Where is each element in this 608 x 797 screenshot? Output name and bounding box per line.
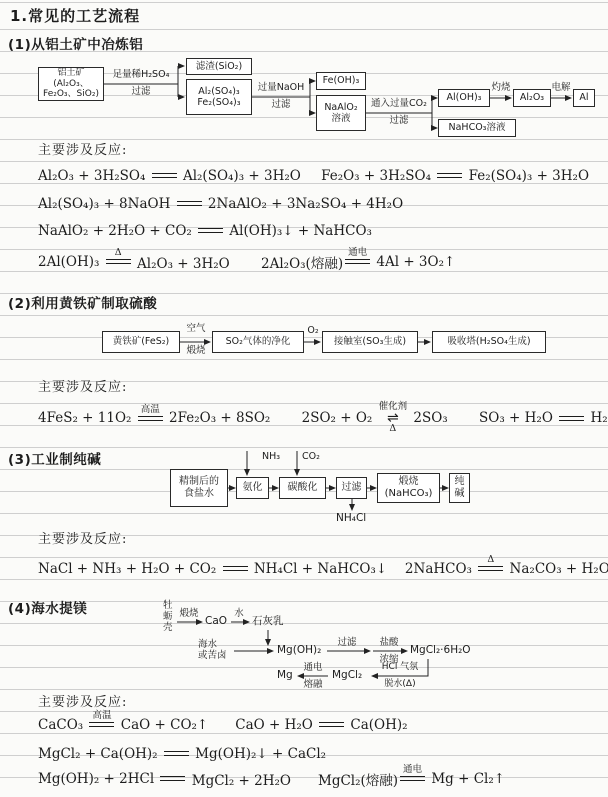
flowchart-magnesium: 牡 蛎 壳 煅烧 CaO 水 石灰乳 海水 或苦卤 Mg(OH)₂ 过滤 盐酸 … [0, 594, 608, 694]
flowchart-soda: NH₃ CO₂ 精制后的 食盐水 氨化 碳酸化 过滤 NH₄Cl 煅烧 (NaH… [0, 443, 608, 528]
equation-line: 4FeS₂ + 11O₂ 高温 2Fe₂O₃ + 8SO₂ 2SO₂ + O₂ … [38, 402, 608, 434]
page-title: 1.常见的工艺流程 [10, 5, 140, 26]
flow-label-o2: O₂ [307, 325, 318, 336]
flow-text-nh4cl: NH₄Cl [336, 512, 366, 524]
flow-box-al2o3: Al₂O₃ [513, 89, 551, 107]
equation-line: NaAlO₂ + 2H₂O + CO₂ Al(OH)₃↓ + NaHCO₃ [38, 217, 372, 244]
flow-label-co2: 通入过量CO₂ [371, 98, 427, 109]
flowchart-aluminum: 铝土矿(Al₂O₃、 Fe₂O₃、SiO₂) 足量稀H₂SO₄ 过滤 滤渣(Si… [0, 55, 608, 147]
flow-label-naoh: 过量NaOH [258, 82, 305, 93]
flow-label-hcl-atmosphere: HCl 气氛 [382, 662, 418, 673]
flow-label-electrolysis: 电解 [551, 82, 570, 93]
flow-label-water: 水 [234, 608, 244, 619]
flow-text-mgoh2: Mg(OH)₂ [277, 644, 321, 656]
flow-label-air: 空气 [186, 323, 205, 334]
reactions-label-2: 主要涉及反应: [38, 376, 127, 395]
flow-label-filter-3: 过滤 [389, 115, 408, 126]
flow-label-filter-1: 过滤 [131, 86, 150, 97]
flow-box-carbonate: 碳酸化 [279, 477, 326, 499]
document-page: 1.常见的工艺流程 (1)从铝土矿中冶炼铝 [0, 0, 608, 797]
flow-label-nh3: NH₃ [262, 451, 280, 462]
flow-box-feoh3: Fe(OH)₃ [316, 72, 366, 90]
flowchart-sulfuric-acid: 黄铁矿(FeS₂) 空气 煅烧 SO₂气体的净化 O₂ 接触室(SO₃生成) 吸… [0, 320, 608, 366]
flow-label-molten: 熔融 [303, 679, 322, 690]
section-1-heading: (1)从铝土矿中冶炼铝 [8, 33, 143, 53]
equation-line: Al₂(SO₄)₃ + 8NaOH 2NaAlO₂ + 3Na₂SO₄ + 4H… [38, 190, 403, 217]
flow-text-lime-milk: 石灰乳 [252, 615, 284, 627]
equation-line: MgCl₂ + Ca(OH)₂ Mg(OH)₂↓ + CaCl₂ [38, 740, 326, 767]
reactions-label-3: 主要涉及反应: [38, 528, 127, 547]
flow-box-filter: 过滤 [336, 477, 367, 499]
reactions-label-1: 主要涉及反应: [38, 139, 127, 158]
flow-label-electrolysis-2: 通电 [303, 662, 322, 673]
reactions-label-4: 主要涉及反应: [38, 691, 127, 710]
flow-label-roast: 灼烧 [491, 82, 510, 93]
flow-box-calcine-nahco3: 煅烧 (NaHCO₃) [377, 473, 440, 503]
equation-line: CaCO₃ 高温 CaO + CO₂↑ CaO + H₂O Ca(OH)₂ [38, 711, 408, 738]
flow-box-residue: 滤渣(SiO₂) [186, 58, 252, 75]
flow-label-calcine-2: 煅烧 [179, 608, 198, 619]
flow-box-so2-purify: SO₂气体的净化 [212, 331, 304, 353]
flow-box-aloh3: Al(OH)₃ [438, 89, 490, 107]
flow-label-filter-4: 过滤 [337, 637, 356, 648]
equation-line: NaCl + NH₃ + H₂O + CO₂ NH₄Cl + NaHCO₃↓ 2… [38, 555, 608, 582]
flow-box-nahco3: NaHCO₃溶液 [438, 119, 516, 137]
flow-label-filter-2: 过滤 [271, 99, 290, 110]
flow-box-bauxite: 铝土矿(Al₂O₃、 Fe₂O₃、SiO₂) [38, 67, 104, 101]
equation-line: 2Al(OH)₃ Δ Al₂O₃ + 3H₂O 2Al₂O₃(熔融)通电 4Al… [38, 248, 455, 275]
equation-line: Mg(OH)₂ + 2HCl MgCl₂ + 2H₂O MgCl₂(熔融)通电 … [38, 765, 505, 792]
flow-label-hcl-acid: 盐酸 [379, 637, 398, 648]
flow-box-ammoniate: 氨化 [236, 477, 269, 499]
flow-text-mg: Mg [277, 669, 293, 681]
flow-box-soda: 纯 碱 [449, 473, 470, 503]
flow-box-pyrite: 黄铁矿(FeS₂) [102, 331, 180, 353]
flow-label-calcine: 煅烧 [186, 345, 205, 356]
flow-box-al: Al [573, 89, 595, 107]
flow-box-contact-room: 接触室(SO₃生成) [322, 331, 418, 353]
flow-text-mgcl2-6h2o: MgCl₂·6H₂O [410, 644, 471, 656]
flow-label-dehydrate: 脱水(Δ) [384, 679, 415, 690]
flow-text-oyster-shell: 牡 蛎 壳 [163, 600, 173, 633]
flow-label-co2-in: CO₂ [302, 451, 320, 462]
equation-line: Al₂O₃ + 3H₂SO₄ Al₂(SO₄)₃ + 3H₂O Fe₂O₃ + … [38, 162, 589, 189]
section-2-heading: (2)利用黄铁矿制取硫酸 [8, 292, 157, 312]
flow-box-naalo2: NaAlO₂ 溶液 [316, 95, 366, 131]
flow-text-seawater: 海水 或苦卤 [198, 639, 227, 661]
flow-label-h2so4: 足量稀H₂SO₄ [113, 69, 170, 80]
flow-box-sulfates: Al₂(SO₄)₃ Fe₂(SO₄)₃ [186, 79, 252, 115]
flow-text-mgcl2: MgCl₂ [332, 669, 362, 681]
flow-text-cao: CaO [205, 615, 227, 627]
flow-box-brine: 精制后的 食盐水 [170, 469, 228, 507]
flow-box-absorb-tower: 吸收塔(H₂SO₄生成) [432, 331, 546, 353]
